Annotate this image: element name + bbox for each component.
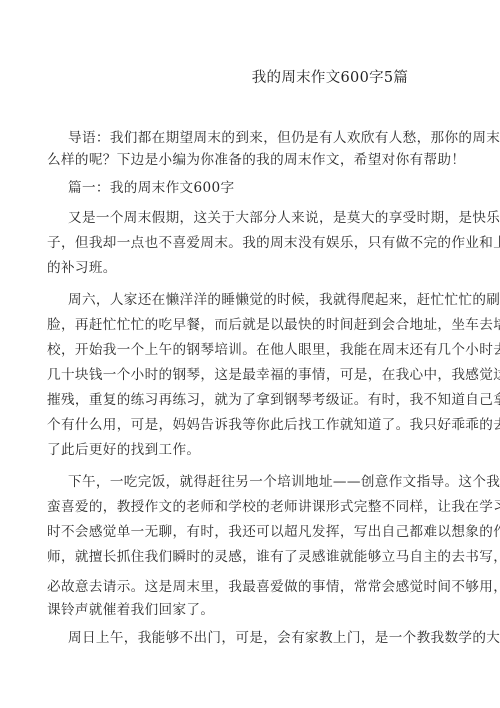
text-line: 又是一个周末假期，这关于大部分人来说，是莫大的享受时期，是快乐的日 [68,206,500,226]
text-line: 的补习班。 [47,256,117,276]
text-line: 校，开始我一个上午的钢琴培训。在他人眼里，我能在周末还有几个小时去学好 [47,338,500,358]
text-line: 时不会感觉单一无聊，有时，我还可以超凡发挥，写出自己都难以想象的作文。老 [47,520,500,540]
document-title: 我的周末作文600字5篇 [0,66,500,87]
text-line: 子，但我却一点也不喜爱周末。我的周末没有娱乐，只有做不完的作业和上不完 [47,231,500,251]
text-line: 周六，人家还在懒洋洋的睡懒觉的时候，我就得爬起来，赶忙忙忙的刷牙洗 [68,288,500,308]
text-line: 必故意去请示。这是周末里，我最喜爱做的事情，常常会感觉时间不够用，可是，下 [47,575,500,595]
text-line: 了此后更好的找到工作。 [47,438,200,458]
text-line: 脸，再赶忙忙忙的吃早餐，而后就是以最快的时间赶到会合地址，坐车去培训学 [47,313,500,333]
text-line: 蛮喜爱的，教授作文的老师和学校的老师讲课形式完整不同样，让我在学习写作文 [47,495,500,515]
text-line: 导语：我们都在期望周末的到来，但仍是有人欢欣有人愁，那你的周末是怎 [68,126,500,146]
text-line: 师，就擅长抓住我们瞬时的灵感，谁有了灵感谁就能够立马自主的去书写，不 [47,545,500,565]
text-line: 课铃声就催着我们回家了。 [47,598,214,618]
text-line: 几十块钱一个小时的钢琴，这是最幸福的事情，可是，在我心中，我感觉这就是 [47,363,500,383]
text-line: 么样的呢？下边是小编为你准备的我的周末作文，希望对你有帮助！ [47,148,465,168]
text-line: 个有什么用，可是，妈妈告诉我等你此后找工作就知道了。我只好乖乖的去，为 [47,413,500,433]
text-line: 摧残，重复的练习再练习，就为了拿到钢琴考级证。有时，我不知道自己拿着这 [47,388,500,408]
text-line: 下午，一吃完饭，就得赶往另一个培训地址——创意作文指导。这个我仍是 [68,470,500,490]
text-line: 周日上午，我能够不出门，可是，会有家教上门，是一个教我数学的大学生， [68,626,500,646]
text-line: 篇一：我的周末作文600字 [68,176,234,196]
